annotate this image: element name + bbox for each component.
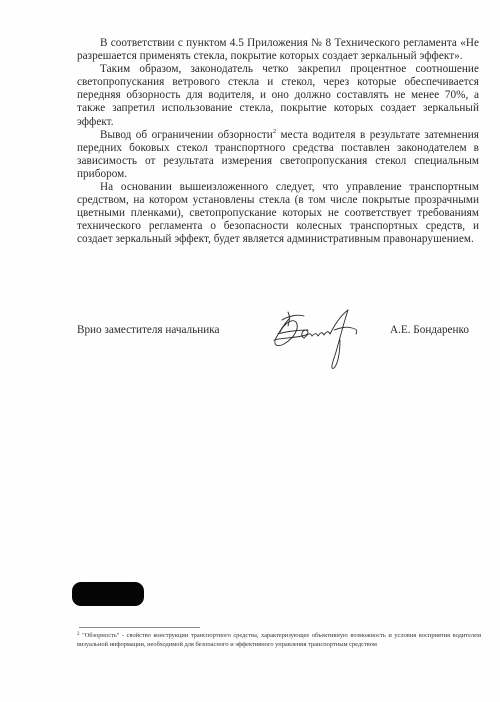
handwritten-signature-icon <box>268 308 368 372</box>
paragraph-visibility-text-a: Вывод об ограничении обзорности <box>100 129 273 141</box>
paragraph-legislator-conclusion: Таким образом, законодатель четко закреп… <box>77 63 479 128</box>
signer-position: Врио заместителя начальника <box>77 324 219 336</box>
paragraph-visibility-conclusion: Вывод об ограничении обзорности2 места в… <box>77 129 479 181</box>
signer-name: А.Е. Бондаренко <box>390 324 469 336</box>
paragraph-regulation-quote: В соответствии с пунктом 4.5 Приложения … <box>77 37 479 63</box>
footnote: 2 "Обзорность" - свойство конструкции тр… <box>77 631 481 649</box>
footnote-text: "Обзорность" - свойство конструкции тран… <box>77 632 481 648</box>
document-page: В соответствии с пунктом 4.5 Приложения … <box>0 0 500 702</box>
paragraph-final-conclusion: На основании вышеизложенного следует, чт… <box>77 181 479 246</box>
redacted-block <box>72 582 144 606</box>
document-body: В соответствии с пунктом 4.5 Приложения … <box>77 37 479 247</box>
footnote-separator <box>79 627 200 628</box>
